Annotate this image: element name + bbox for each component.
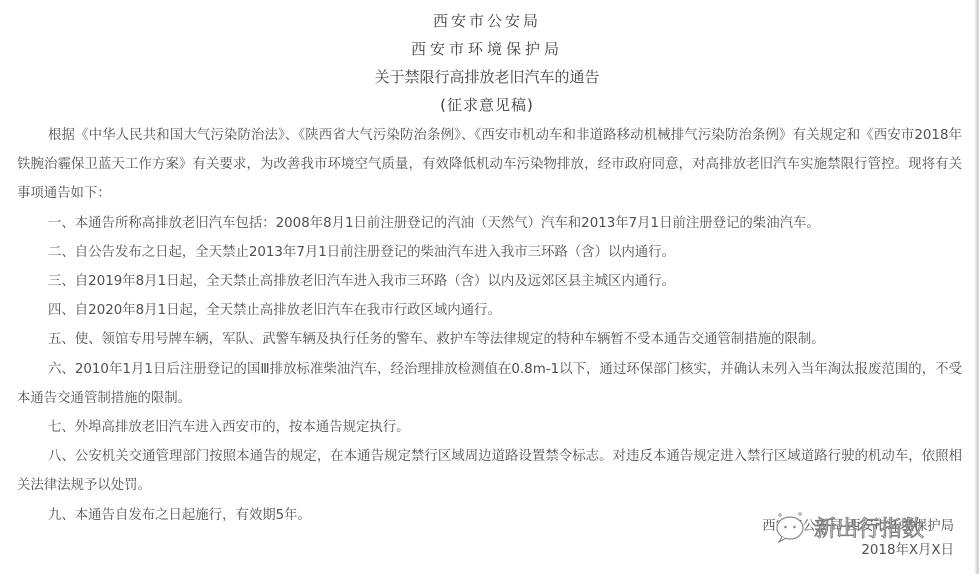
item-1: 一、本通告所称高排放老旧汽车包括：2008年8月1日前注册登记的汽油（天然气）汽… [17, 209, 962, 238]
item-6: 六、2010年1月1日后注册登记的国Ⅲ排放标准柴油汽车，经治理排放检测值在0.8… [17, 355, 962, 413]
preamble-paragraph: 根据《中华人民共和国大气污染防治法》、《陕西省大气污染防治条例》、《西安市机动车… [17, 121, 962, 209]
document-title: 关于禁限行高排放老旧汽车的通告 [0, 66, 974, 87]
item-7: 七、外埠高排放老旧汽车进入西安市的，按本通告规定执行。 [17, 413, 962, 442]
item-3: 三、自2019年8月1日起，全天禁止高排放老旧汽车进入我市三环路（含）以内及远郊… [17, 267, 962, 296]
notice-page: 西安市公安局 西安市环境保护局 关于禁限行高排放老旧汽车的通告 (征求意见稿) … [0, 0, 974, 574]
item-5: 五、使、领馆专用号牌车辆，军队、武警车辆及执行任务的警车、救护车等法律规定的特种… [17, 325, 962, 354]
issuer-environment-bureau: 西安市环境保护局 [0, 38, 974, 59]
document-body: 根据《中华人民共和国大气污染防治法》、《陕西省大气污染防治条例》、《西安市机动车… [17, 121, 962, 530]
issuer-police-bureau: 西安市公安局 [0, 10, 974, 31]
document-subtitle: (征求意见稿) [0, 94, 974, 115]
page-edge-border [974, 0, 979, 574]
signature-line: 西安市公安局 西安市环境保护局 [762, 515, 954, 534]
item-2: 二、自公告发布之日起，全天禁止2013年7月1日前注册登记的柴油汽车进入我市三环… [17, 238, 962, 267]
item-8: 八、公安机关交通管理部门按照本通告的规定，在本通告规定禁行区域周边道路设置禁令标… [17, 442, 962, 500]
issue-date: 2018年X月X日 [861, 539, 954, 558]
item-4: 四、自2020年8月1日起，全天禁止高排放老旧汽车在我市行政区域内通行。 [17, 296, 962, 325]
